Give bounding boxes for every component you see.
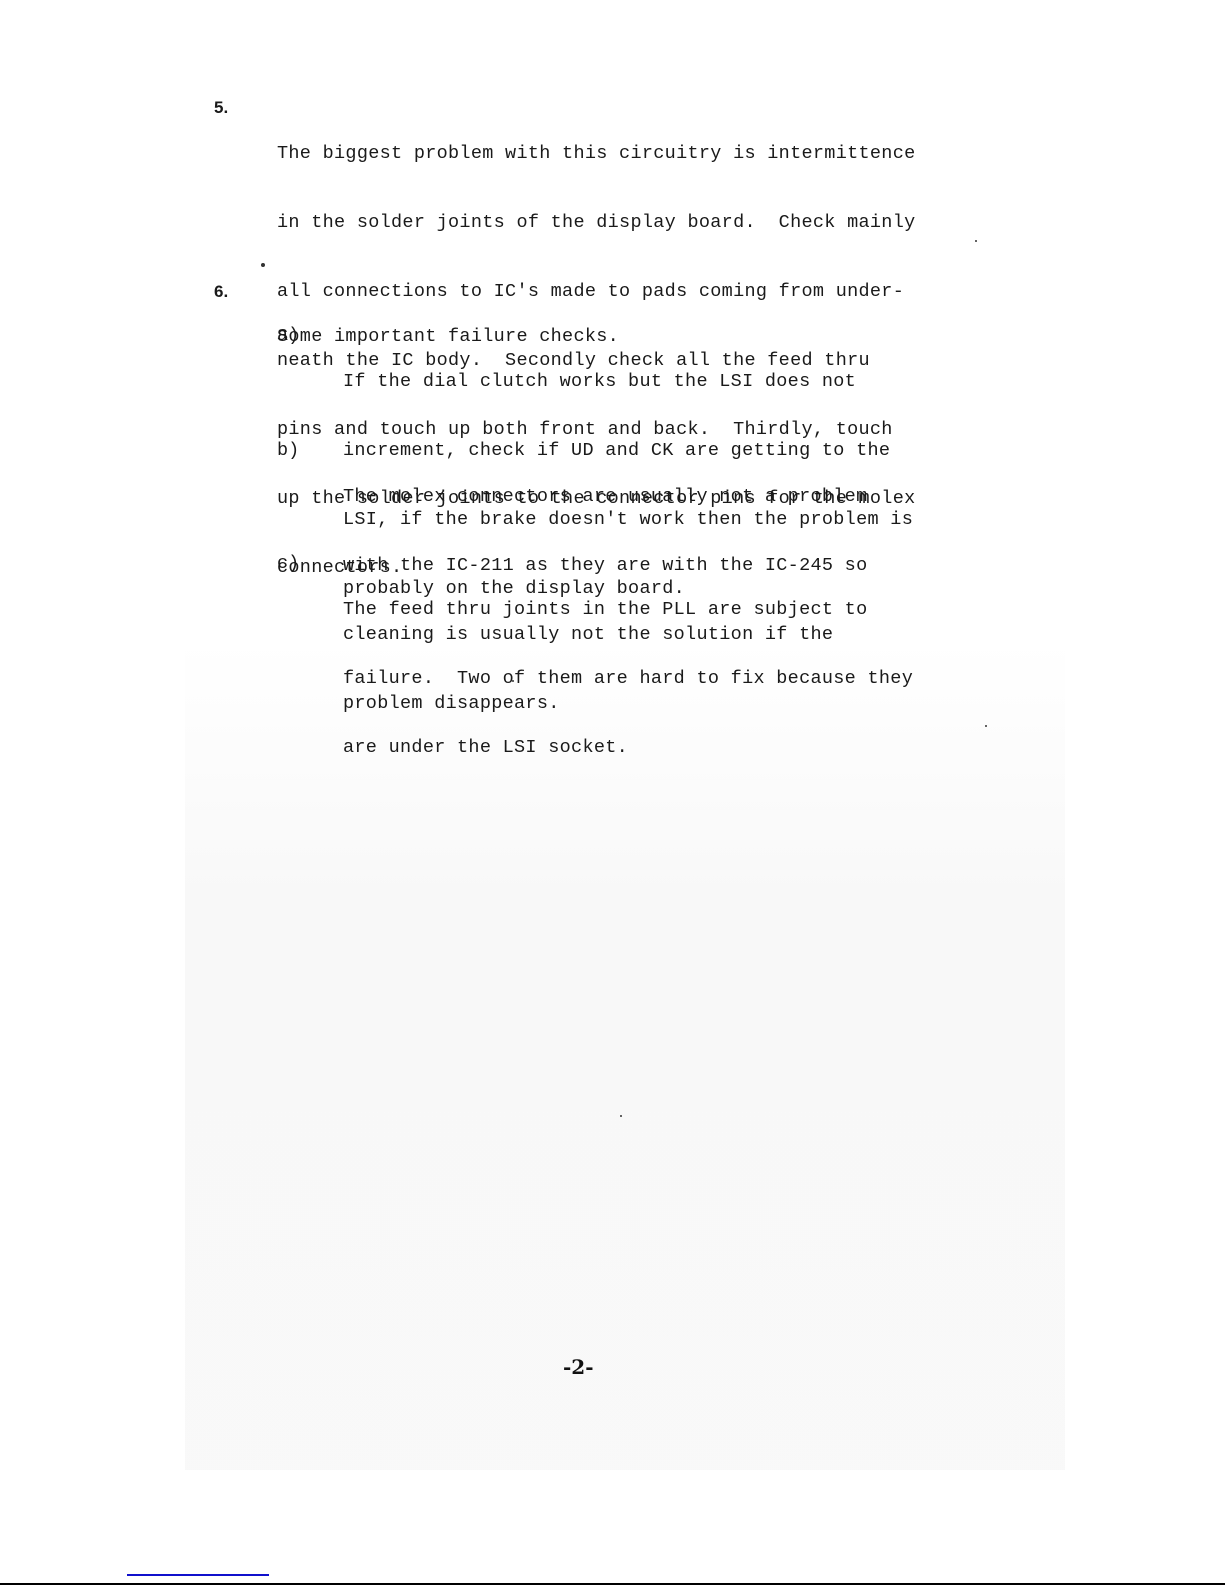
- scan-speck: [261, 263, 265, 267]
- text-line: The biggest problem with this circuitry …: [277, 142, 916, 165]
- page-number: -2-: [563, 1355, 594, 1379]
- subitem-letter-c: c): [277, 552, 299, 575]
- scan-speck: [512, 680, 514, 682]
- text-line: If the dial clutch works but the LSI doe…: [343, 370, 913, 393]
- section-number-5: 5.: [214, 98, 228, 118]
- scan-speck: [985, 725, 987, 727]
- text-line: The feed thru joints in the PLL are subj…: [343, 598, 913, 621]
- text-line: failure. Two of them are hard to fix bec…: [343, 667, 913, 690]
- document-page: 5. The biggest problem with this circuit…: [0, 0, 1225, 1585]
- subitem-c-text: The feed thru joints in the PLL are subj…: [343, 552, 913, 805]
- subitem-letter-b: b): [277, 439, 299, 462]
- text-line: are under the LSI socket.: [343, 736, 913, 759]
- scan-speck: [975, 240, 977, 242]
- subitem-letter-a: a): [277, 324, 299, 347]
- section-number-6: 6.: [214, 282, 228, 302]
- text-line: in the solder joints of the display boar…: [277, 211, 916, 234]
- bottom-link-underline: [127, 1574, 269, 1576]
- scan-speck: [620, 1115, 622, 1117]
- text-line: The molex connectors are usually not a p…: [343, 485, 867, 508]
